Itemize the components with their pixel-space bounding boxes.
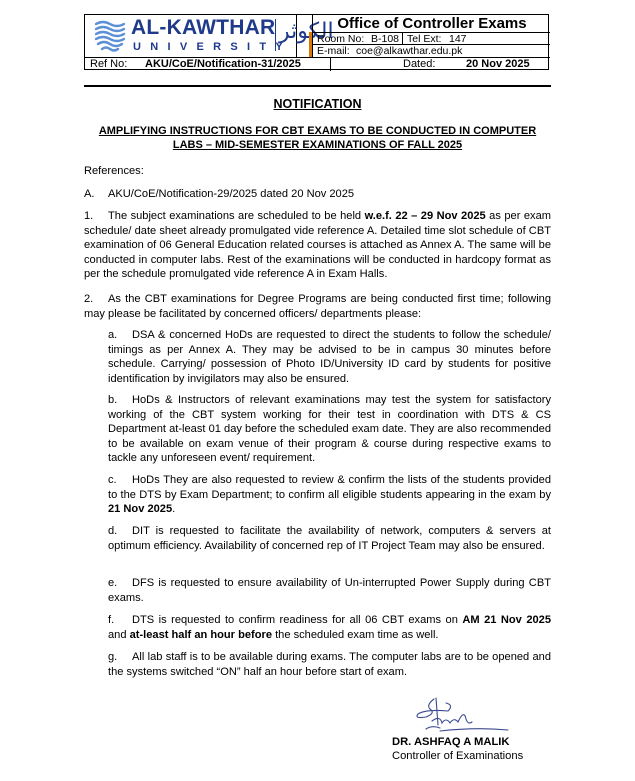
sub-item-text: DIT is requested to facilitate the avail… xyxy=(108,525,551,552)
ref-cell: Ref No: AKU/CoE/Notification-31/2025 xyxy=(85,58,331,71)
office-room-tel-row: Room No: B-108 Tel Ext: 147 xyxy=(313,32,550,44)
sub-item-marker: g. xyxy=(108,650,132,665)
signatory-title: Controller of Examinations xyxy=(392,750,523,762)
sub-item-text: All lab staff is to be available during … xyxy=(108,651,551,678)
email-label: E-mail: xyxy=(317,45,350,57)
document-title: NOTIFICATION xyxy=(84,97,551,111)
accent-mark xyxy=(309,44,312,57)
ref-number: AKU/CoE/Notification-31/2025 xyxy=(145,58,301,71)
sub-item-text: and xyxy=(108,629,130,641)
sub-item-text: . xyxy=(172,503,175,515)
sub-item-marker: c. xyxy=(108,473,132,488)
reference-a: A.AKU/CoE/Notification-29/2025 dated 20 … xyxy=(84,187,551,202)
signatory-name: DR. ASHFAQ A MALIK xyxy=(392,736,509,748)
sub-item-marker: e. xyxy=(108,576,132,591)
sub-item-text: the scheduled exam time as well. xyxy=(272,629,439,641)
notification-page: AL-KAWTHAR UNIVERSITY الكوثر Office of C… xyxy=(0,0,635,781)
sub-item-d: d.DIT is requested to facilitate the ava… xyxy=(108,524,551,553)
office-email-row: E-mail: coe@alkawthar.edu.pk xyxy=(313,44,550,57)
sub-item-c: c.HoDs They are also requested to review… xyxy=(108,473,551,517)
sub-item-e: e.DFS is requested to ensure availabilit… xyxy=(108,576,551,605)
waves-logo-icon xyxy=(93,18,127,52)
letterhead: AL-KAWTHAR UNIVERSITY الكوثر Office of C… xyxy=(84,14,551,71)
reference-marker: A. xyxy=(84,187,108,202)
ref-label: Ref No: xyxy=(90,58,127,71)
reference-row: Ref No: AKU/CoE/Notification-31/2025 Dat… xyxy=(85,57,550,71)
paragraph-text: The subject examinations are scheduled t… xyxy=(108,210,365,222)
paragraph-1: 1.The subject examinations are scheduled… xyxy=(84,209,551,282)
paragraph-text: As the CBT examinations for Degree Progr… xyxy=(84,293,551,320)
reference-text: AKU/CoE/Notification-29/2025 dated 20 No… xyxy=(108,188,354,200)
signature-icon xyxy=(396,695,516,735)
accent-mark xyxy=(309,32,312,44)
sub-item-text: HoDs & Instructors of relevant examinati… xyxy=(108,394,551,464)
readiness-time: at-least half an hour before xyxy=(130,629,272,641)
sub-item-marker: d. xyxy=(108,524,132,539)
office-title: Office of Controller Exams xyxy=(313,15,551,31)
sub-item-marker: b. xyxy=(108,393,132,408)
header-divider xyxy=(84,85,551,87)
readiness-date: AM 21 Nov 2025 xyxy=(462,614,551,626)
exam-dates: w.e.f. 22 – 29 Nov 2025 xyxy=(365,210,486,222)
deadline-date: 21 Nov 2025 xyxy=(108,503,172,515)
sub-item-f: f.DTS is requested to confirm readiness … xyxy=(108,613,551,642)
paragraph-2: 2.As the CBT examinations for Degree Pro… xyxy=(84,292,551,321)
dated-value: 20 Nov 2025 xyxy=(466,58,530,71)
university-name: AL-KAWTHAR xyxy=(131,16,275,40)
email-link[interactable]: coe@alkawthar.edu.pk xyxy=(356,45,462,57)
sub-item-marker: a. xyxy=(108,328,132,343)
logo-separator xyxy=(275,19,276,51)
sub-item-a: a.DSA & concerned HoDs are requested to … xyxy=(108,328,551,386)
references-label: References: xyxy=(84,164,551,179)
sub-item-g: g.All lab staff is to be available durin… xyxy=(108,650,551,679)
sub-item-text: DSA & concerned HoDs are requested to di… xyxy=(108,329,551,385)
university-logo: AL-KAWTHAR UNIVERSITY الكوثر xyxy=(85,15,297,57)
sub-item-text: HoDs They are also requested to review &… xyxy=(108,474,551,501)
sub-item-b: b.HoDs & Instructors of relevant examina… xyxy=(108,393,551,466)
dated-label: Dated: xyxy=(403,58,435,71)
paragraph-marker: 1. xyxy=(84,209,108,224)
sub-item-text: DFS is requested to ensure availability … xyxy=(108,577,551,604)
sub-item-marker: f. xyxy=(108,613,132,628)
university-subtitle: UNIVERSITY xyxy=(133,41,292,53)
sub-item-text: DTS is requested to confirm readiness fo… xyxy=(132,614,462,626)
subject-line-2: LABS – MID-SEMESTER EXAMINATIONS OF FALL… xyxy=(80,139,555,153)
subject-line-1: AMPLIFYING INSTRUCTIONS FOR CBT EXAMS TO… xyxy=(80,125,555,139)
office-info: Office of Controller Exams Room No: B-10… xyxy=(312,15,550,57)
paragraph-marker: 2. xyxy=(84,292,108,307)
letterhead-frame: AL-KAWTHAR UNIVERSITY الكوثر Office of C… xyxy=(84,14,549,70)
document-subject: AMPLIFYING INSTRUCTIONS FOR CBT EXAMS TO… xyxy=(80,125,555,152)
